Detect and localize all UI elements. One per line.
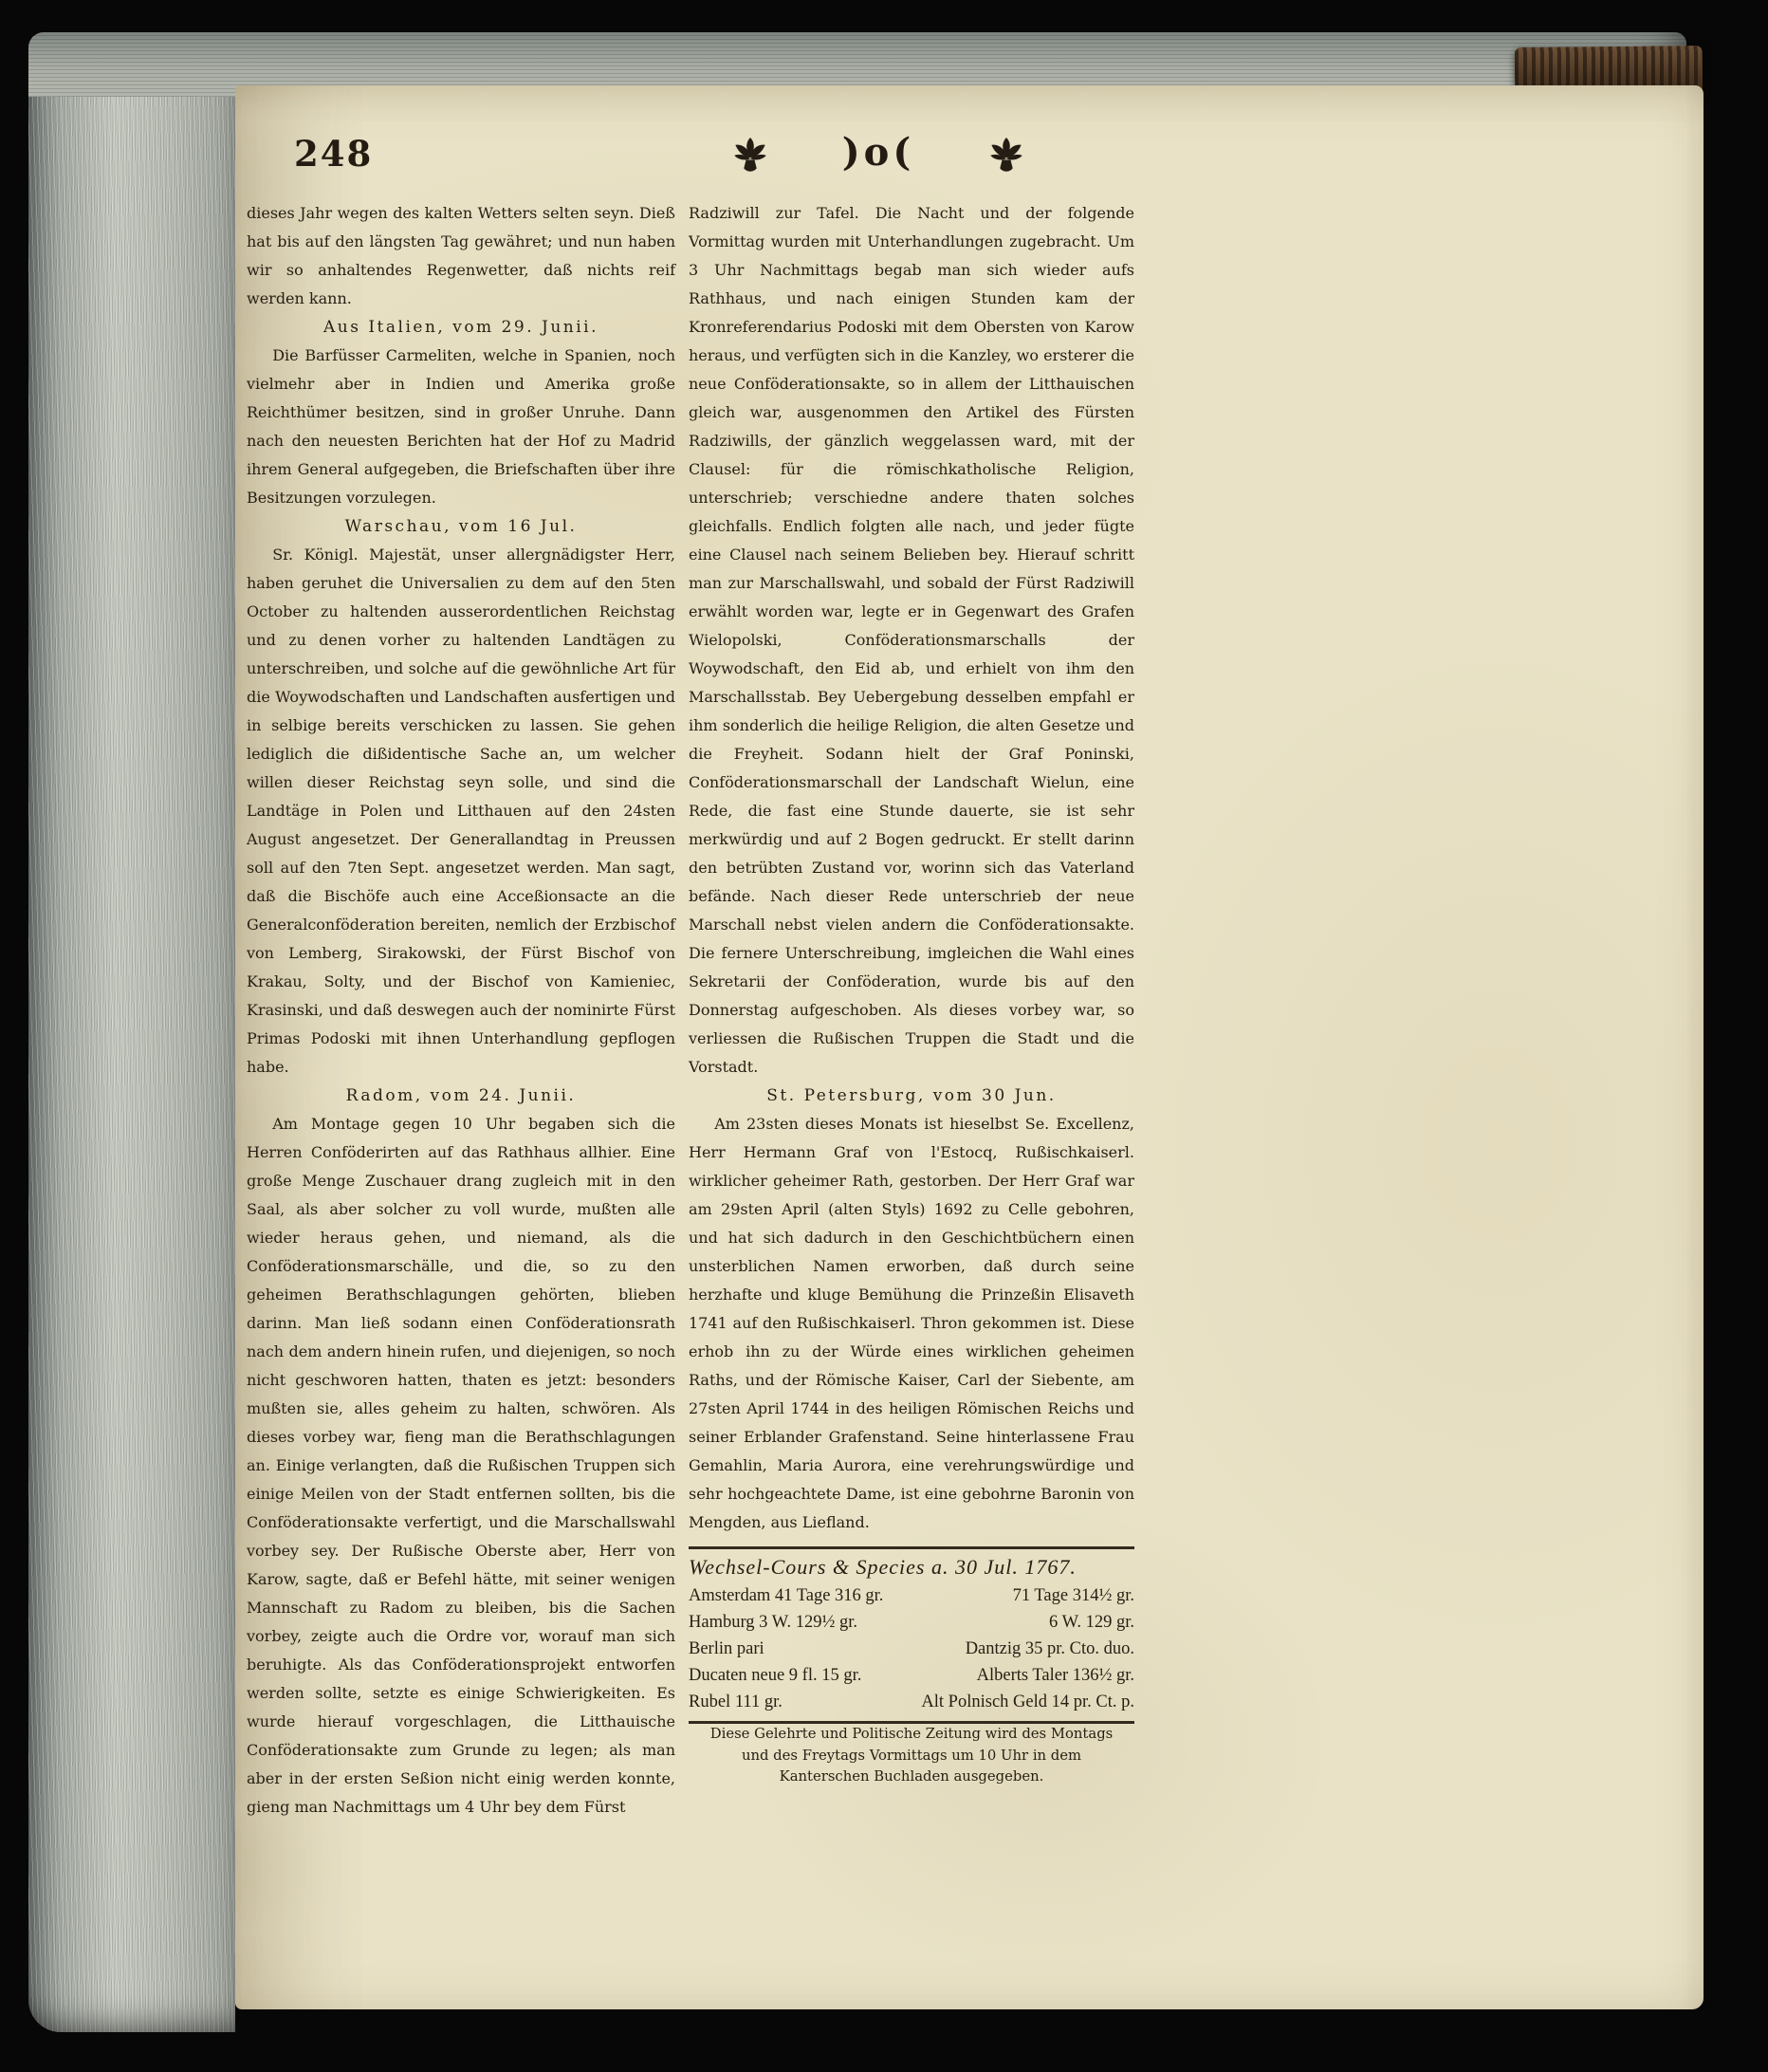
- header-ornament: )o(: [842, 130, 915, 175]
- news-paragraph: Die Barfüsser Carmeliten, welche in Span…: [247, 342, 675, 512]
- exchange-row: Amsterdam 41 Tage 316 gr. 71 Tage 314½ g…: [689, 1582, 1134, 1609]
- right-column: Radziwill zur Tafel. Die Nacht und der f…: [689, 199, 1134, 1822]
- exchange-cell-left: Rubel 111 gr.: [689, 1689, 783, 1715]
- book-page-edges-left: [28, 36, 235, 2032]
- exchange-row: Berlin pari Dantzig 35 pr. Cto. duo.: [689, 1636, 1134, 1662]
- exchange-cell-left: Ducaten neue 9 fl. 15 gr.: [689, 1662, 861, 1689]
- fleuron-icon: [988, 136, 1024, 176]
- news-paragraph: Am 23sten dieses Monats ist hieselbst Se…: [689, 1110, 1134, 1537]
- book-scan: 248 )o( dieses Ja: [0, 0, 1768, 2072]
- exchange-cell-right: Dantzig 35 pr. Cto. duo.: [966, 1636, 1134, 1662]
- fleuron-icon: [732, 136, 768, 176]
- dateline-heading-warschau: Warschau, vom 16 Jul.: [247, 512, 675, 541]
- exchange-cell-right: 71 Tage 314½ gr.: [1013, 1582, 1134, 1609]
- news-paragraph: Radziwill zur Tafel. Die Nacht und der f…: [689, 199, 1134, 1082]
- exchange-cell-left: Berlin pari: [689, 1636, 764, 1662]
- dateline-heading-radom: Radom, vom 24. Junii.: [247, 1082, 675, 1110]
- left-column: dieses Jahr wegen des kalten Wetters sel…: [247, 199, 675, 1822]
- news-paragraph: Sr. Königl. Majestät, unser allergnädigs…: [247, 541, 675, 1082]
- header-ornament-row: )o(: [732, 131, 1024, 180]
- exchange-row: Hamburg 3 W. 129½ gr. 6 W. 129 gr.: [689, 1609, 1134, 1636]
- news-paragraph: Am Montage gegen 10 Uhr begaben sich die…: [247, 1110, 675, 1822]
- text-columns: dieses Jahr wegen des kalten Wetters sel…: [247, 199, 1134, 1822]
- dateline-heading-italy: Aus Italien, vom 29. Junii.: [247, 313, 675, 342]
- exchange-rate-table: Wechsel-Cours & Species a. 30 Jul. 1767.…: [689, 1546, 1134, 1724]
- page-number: 248: [294, 133, 373, 175]
- exchange-table-title: Wechsel-Cours & Species a. 30 Jul. 1767.: [689, 1552, 1134, 1582]
- exchange-row: Ducaten neue 9 fl. 15 gr. Alberts Taler …: [689, 1662, 1134, 1689]
- exchange-cell-right: Alt Polnisch Geld 14 pr. Ct. p.: [921, 1689, 1134, 1715]
- exchange-cell-right: Alberts Taler 136½ gr.: [977, 1662, 1134, 1689]
- exchange-cell-right: 6 W. 129 gr.: [1049, 1609, 1134, 1636]
- news-paragraph: dieses Jahr wegen des kalten Wetters sel…: [247, 199, 675, 313]
- publication-footer-note: Diese Gelehrte und Politische Zeitung wi…: [689, 1724, 1134, 1788]
- exchange-cell-left: Amsterdam 41 Tage 316 gr.: [689, 1582, 883, 1609]
- exchange-cell-left: Hamburg 3 W. 129½ gr.: [689, 1609, 857, 1636]
- dateline-heading-petersburg: St. Petersburg, vom 30 Jun.: [689, 1082, 1134, 1110]
- exchange-row: Rubel 111 gr. Alt Polnisch Geld 14 pr. C…: [689, 1689, 1134, 1715]
